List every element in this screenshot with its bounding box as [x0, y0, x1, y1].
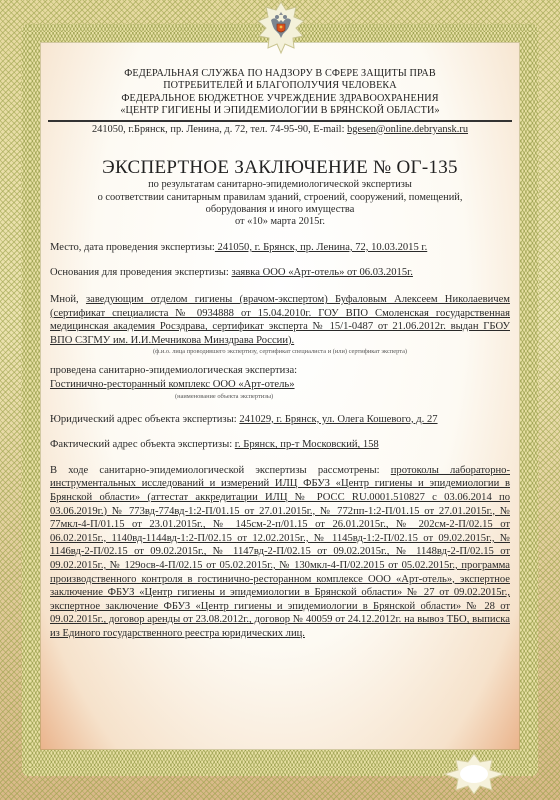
legal-address-value: 241029, г. Брянск, ул. Олега Кошевого, д…: [239, 414, 437, 425]
place-date-field: Место, дата проведения экспертизы: 24105…: [50, 241, 510, 255]
certificate-page: ФЕДЕРАЛЬНАЯ СЛУЖБА ПО НАДЗОРУ В СФЕРЕ ЗА…: [0, 0, 560, 800]
grounds-value: заявка ООО «Арт-отель» от 06.03.2015г.: [232, 267, 413, 278]
expert-prefix: Мной,: [50, 294, 86, 305]
object-field: Гостинично-ресторанный комплекс ООО «Арт…: [50, 378, 510, 392]
agency-line: ПОТРЕБИТЕЛЕЙ И БЛАГОПОЛУЧИЯ ЧЕЛОВЕКА: [50, 80, 510, 92]
expert-caption: (ф.и.о. лица проводившего экспертизу, се…: [50, 347, 510, 356]
reviewed-documents-field: В ходе санитарно-эпидемиологической эксп…: [50, 464, 510, 641]
document-subtitle: по результатам санитарно-эпидемиологичес…: [50, 179, 510, 229]
expert-value: заведующим отделом гигиены (врачом-экспе…: [50, 294, 510, 346]
place-date-label: Место, дата проведения экспертизы:: [50, 242, 215, 253]
address-text: 241050, г.Брянск, пр. Ленина, д. 72, тел…: [92, 124, 347, 135]
agency-address: 241050, г.Брянск, пр. Ленина, д. 72, тел…: [50, 123, 510, 137]
place-date-value: 241050, г. Брянск, пр. Ленина, 72, 10.03…: [215, 242, 427, 253]
agency-line: ФЕДЕРАЛЬНОЕ БЮДЖЕТНОЕ УЧРЕЖДЕНИЕ ЗДРАВОО…: [50, 93, 510, 105]
document-title: ЭКСПЕРТНОЕ ЗАКЛЮЧЕНИЕ № ОГ-135: [50, 157, 510, 179]
subtitle-line: по результатам санитарно-эпидемиологичес…: [50, 179, 510, 191]
double-headed-eagle-emblem-icon: [253, 0, 309, 60]
expert-field: Мной, заведующим отделом гигиены (врачом…: [50, 293, 510, 347]
actual-address-label: Фактический адрес объекта экспертизы:: [50, 439, 235, 450]
reviewed-prefix: В ходе санитарно-эпидемиологической эксп…: [50, 465, 391, 476]
actual-address-value: г. Брянск, пр-т Московский, 158: [235, 439, 379, 450]
actual-address-field: Фактический адрес объекта экспертизы: г.…: [50, 438, 510, 452]
subtitle-line: оборудования и иного имущества: [50, 204, 510, 216]
grounds-field: Основания для проведения экспертизы: зая…: [50, 266, 510, 280]
legal-address-field: Юридический адрес объекта экспертизы: 24…: [50, 413, 510, 427]
header-divider: [48, 120, 512, 122]
reviewed-value: протоколы лабораторно-инструментальных и…: [50, 465, 510, 639]
object-caption: (наименование объекта экспертизы): [50, 392, 510, 401]
subtitle-line: о соответствии санитарным правилам здани…: [44, 192, 516, 204]
object-value: Гостинично-ресторанный комплекс ООО «Арт…: [50, 379, 295, 390]
document-body: ФЕДЕРАЛЬНАЯ СЛУЖБА ПО НАДЗОРУ В СФЕРЕ ЗА…: [50, 68, 510, 641]
grounds-label: Основания для проведения экспертизы:: [50, 267, 232, 278]
subtitle-line: от «10» марта 2015г.: [50, 216, 510, 228]
agency-line: ФЕДЕРАЛЬНАЯ СЛУЖБА ПО НАДЗОРУ В СФЕРЕ ЗА…: [50, 68, 510, 80]
legal-address-label: Юридический адрес объекта экспертизы:: [50, 414, 239, 425]
agency-line: «ЦЕНТР ГИГИЕНЫ И ЭПИДЕМИОЛОГИИ В БРЯНСКО…: [50, 105, 510, 117]
email-link[interactable]: bgesen@online.debryansk.ru: [347, 124, 468, 135]
conducted-label: проведена санитарно-эпидемиологическая э…: [50, 364, 510, 378]
rosette-ornament: [434, 752, 514, 794]
agency-header: ФЕДЕРАЛЬНАЯ СЛУЖБА ПО НАДЗОРУ В СФЕРЕ ЗА…: [50, 68, 510, 118]
